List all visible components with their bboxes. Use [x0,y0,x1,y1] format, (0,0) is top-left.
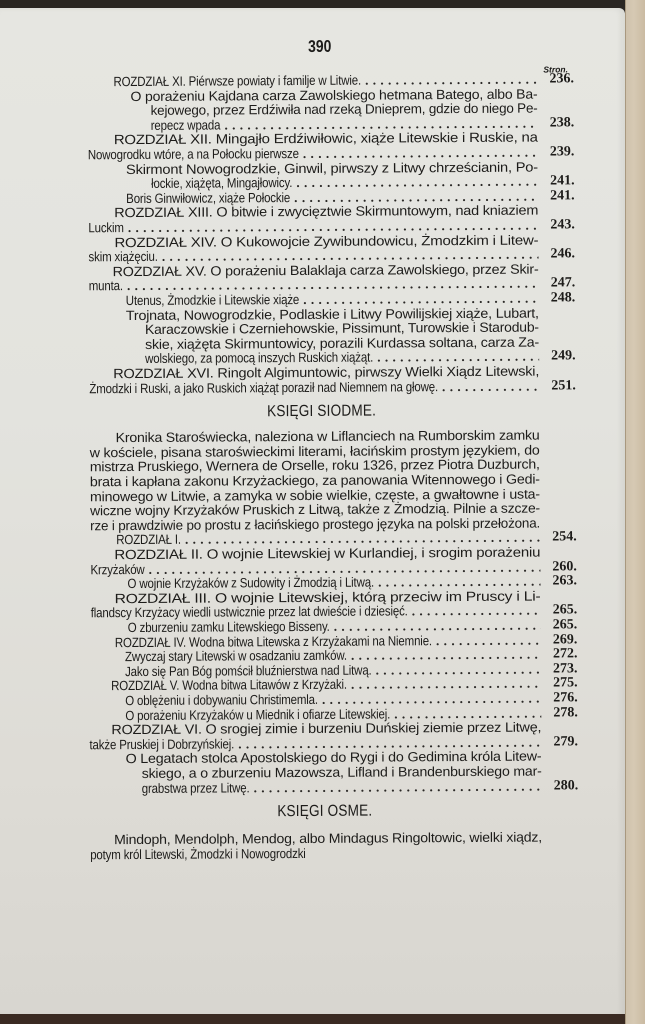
book-bottom-edge [0,1014,625,1024]
line-text: munta. [89,278,123,294]
toc-entry-line: grabstwa przez Litwę. [142,780,267,797]
toc-page-number: 279. [553,734,578,750]
page-number: 390 [55,35,584,58]
line-text: Żmodzki i Ruski, a jako Ruskich xiążąt p… [89,379,438,397]
toc-page-number: 263. [552,573,577,589]
line-text: grabstwa przez Litwę. [142,780,250,797]
book-heading-text: KSIĘGI OSME. [277,803,372,822]
dot-leader: ........................................… [442,378,539,395]
page-content: 390 Stron. ROZDZIAŁ XI. Piérwsze powiaty… [0,0,628,1010]
toc-page-number: 239. [550,144,575,160]
book-heading-text: KSIĘGI SIODME. [267,403,376,422]
toc-entry-line: Żmodzki i Ruski, a jako Ruskich xiążąt p… [89,378,494,396]
toc-page-number: 241. [550,188,575,204]
toc-page-number: 243. [550,217,575,233]
paragraph-line: potym król Litewski, Żmodzki i Nowogrodz… [90,846,341,864]
dot-leader: ........................................… [254,778,542,796]
book-heading: KSIĘGI OSME. [2,801,645,823]
toc-page-number: 236. [549,71,574,87]
toc-page-number: 278. [553,705,578,721]
line-text: potym król Litewski, Żmodzki i Nowogrodz… [90,846,306,863]
toc-page-number: 246. [550,247,575,263]
toc-page-number: 280. [554,778,579,794]
toc-page-number: 249. [551,349,576,365]
table-of-contents: ROZDZIAŁ XI. Piérwsze powiaty i familje … [0,0,622,2]
toc-entry-line: munta. [89,278,129,294]
toc-page-number: 251. [551,378,576,394]
toc-page-number: 254. [552,530,577,546]
book-spine-edge [625,0,645,1024]
toc-page-number: 238. [550,115,575,131]
toc-page-number: 248. [551,290,576,306]
book-heading: KSIĘGI SIODME. [0,401,645,423]
